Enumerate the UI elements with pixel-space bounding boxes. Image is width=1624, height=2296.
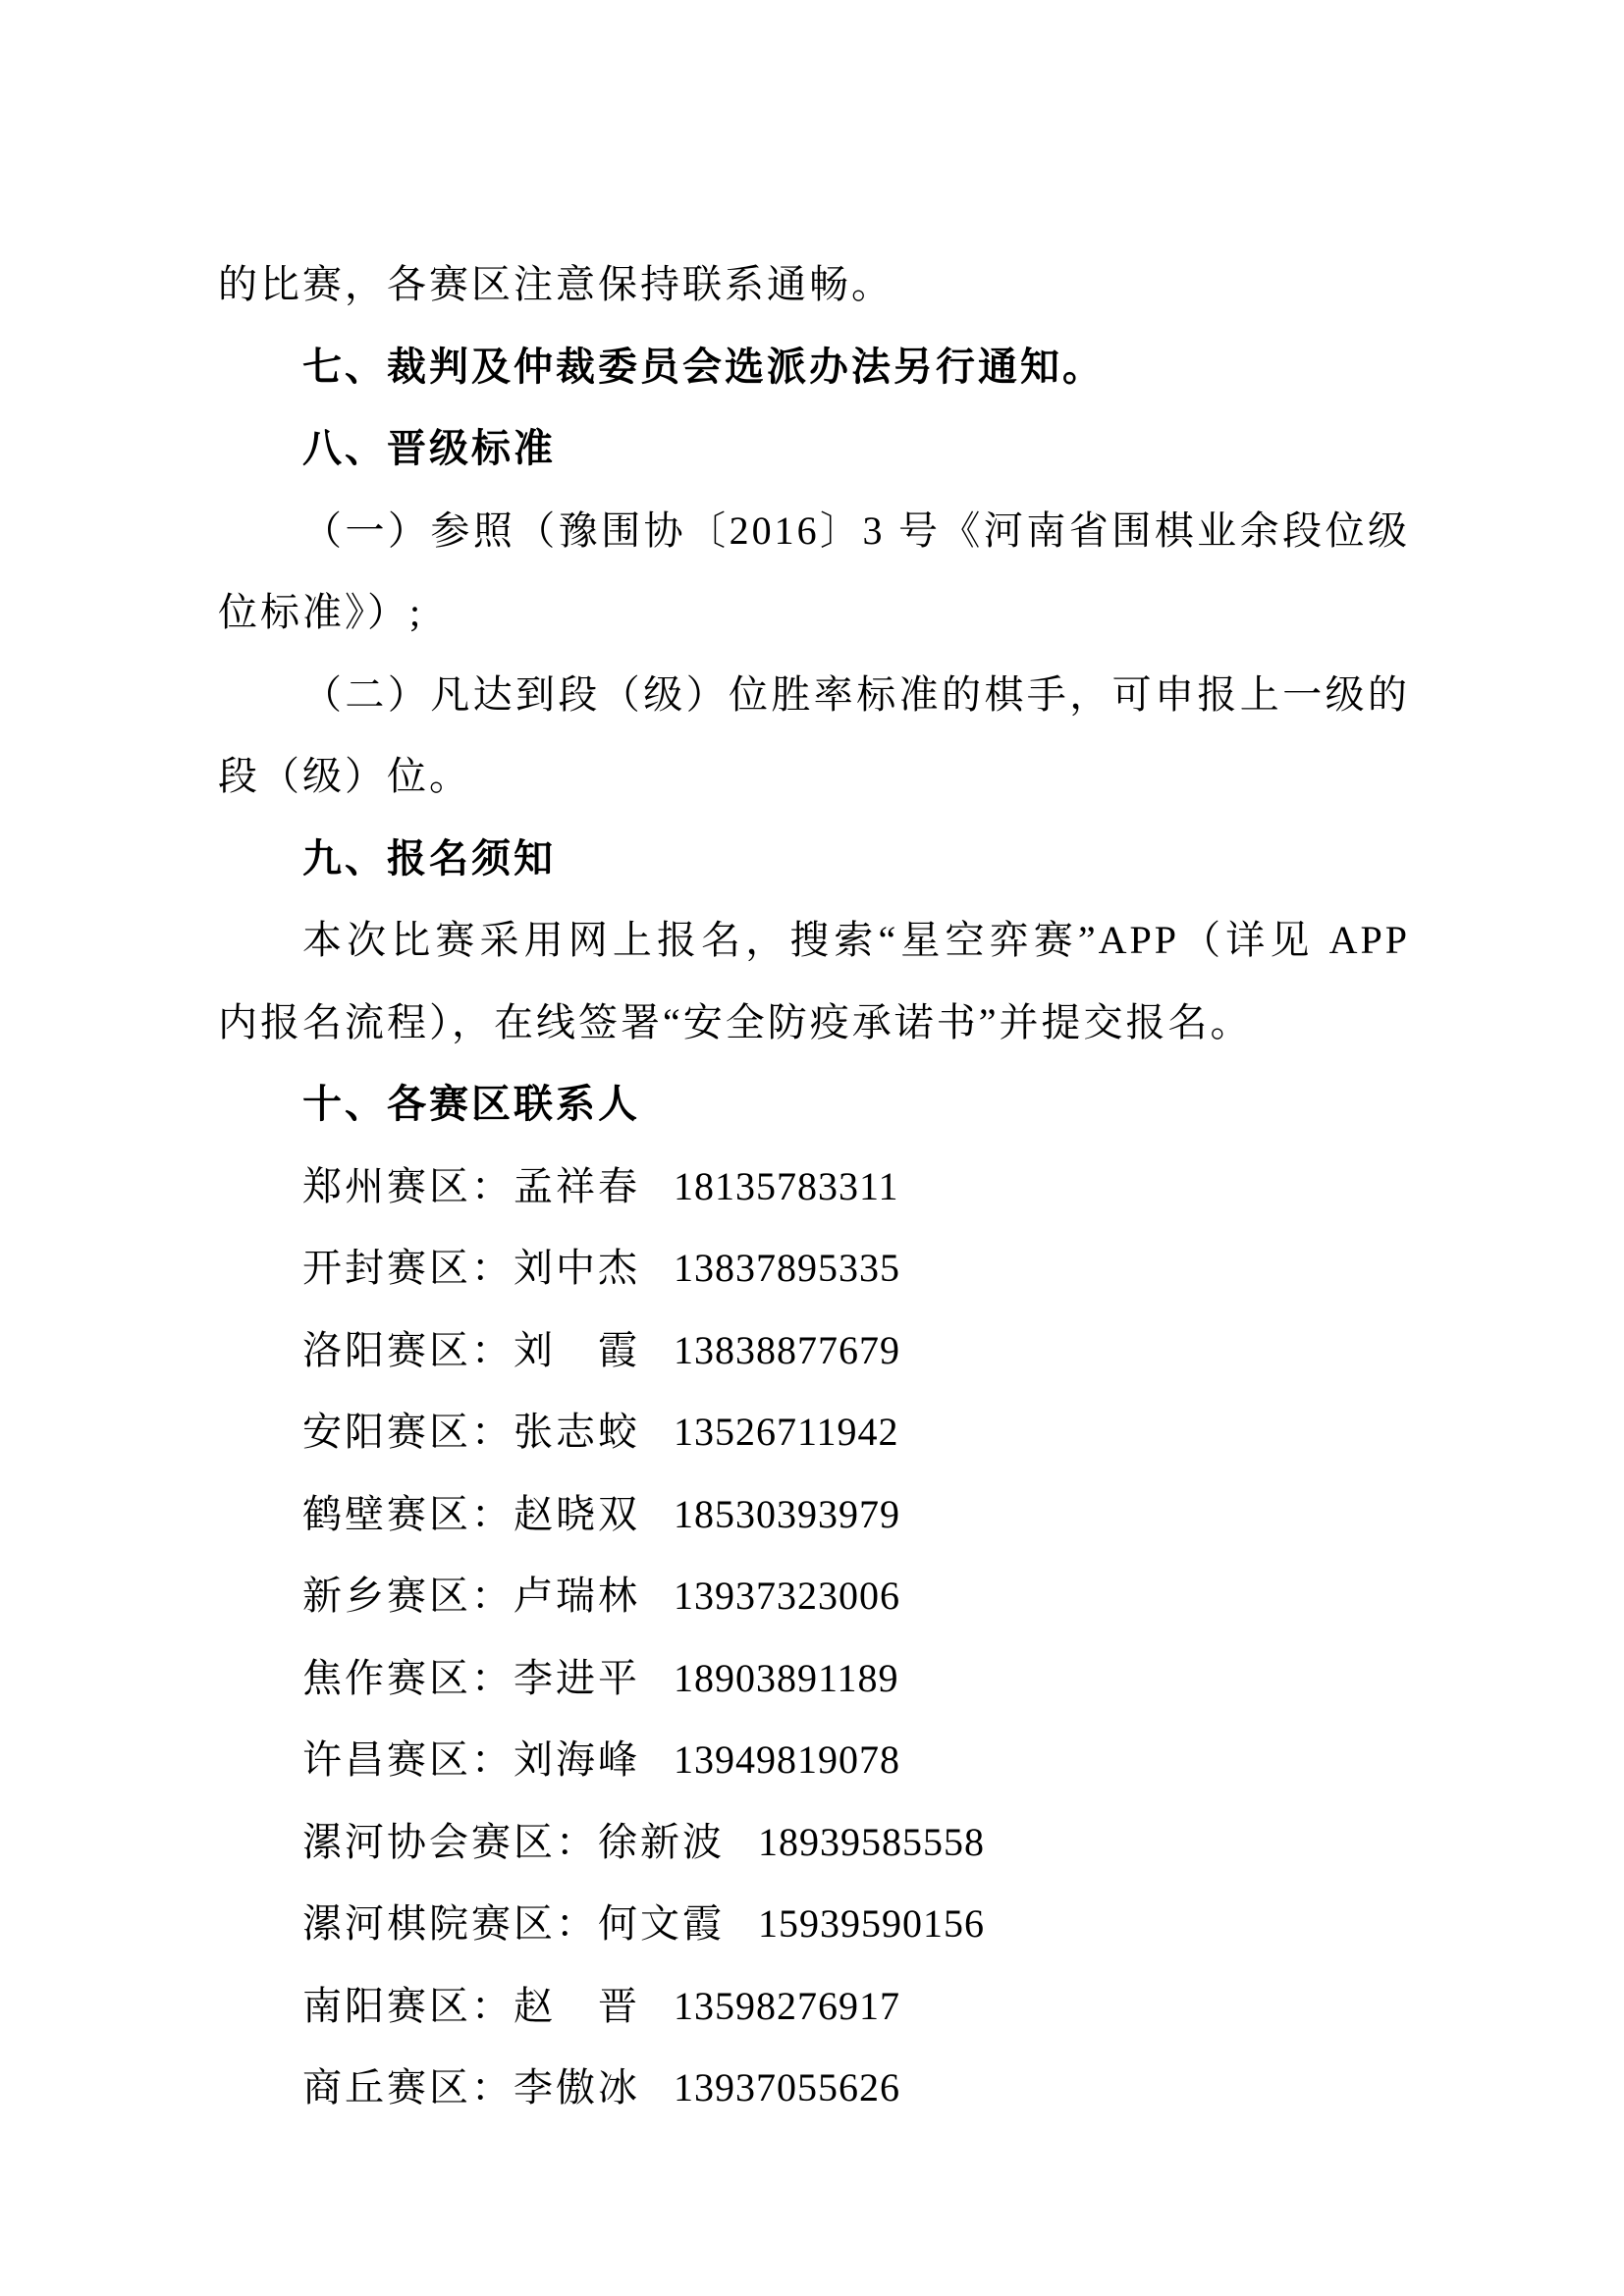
contact-label: 漯河协会赛区：徐新波: [302, 1820, 725, 1864]
contact-label: 新乡赛区：卢瑞林: [302, 1574, 640, 1618]
contact-label: 洛阳赛区：刘 霞: [302, 1328, 640, 1372]
contact-row-jiaozuo: 焦作赛区：李进平18903891189: [218, 1637, 1410, 1720]
contact-phone: 13937323006: [674, 1574, 900, 1618]
section-heading-8-promotion: 八、晋级标准: [218, 407, 1410, 490]
contact-phone: 18903891189: [674, 1656, 899, 1700]
paragraph-promotion-item-1: （一）参照（豫围协〔2016〕3 号《河南省围棋业余段位级位标准》）;: [218, 490, 1410, 654]
contact-phone: 13526711942: [674, 1410, 899, 1454]
document-page: 的比赛，各赛区注意保持联系通畅。 七、裁判及仲裁委员会选派办法另行通知。 八、晋…: [0, 0, 1624, 2296]
contact-phone: 18135783311: [674, 1164, 899, 1208]
contact-label: 鹤壁赛区：赵晓双: [302, 1492, 640, 1536]
contact-row-hebi: 鹤壁赛区：赵晓双18530393979: [218, 1473, 1410, 1556]
contact-row-kaifeng: 开封赛区：刘中杰13837895335: [218, 1227, 1410, 1309]
contact-phone: 15939590156: [758, 1901, 985, 1946]
contact-row-zhengzhou: 郑州赛区：孟祥春18135783311: [218, 1146, 1410, 1228]
contact-row-luoyang: 洛阳赛区：刘 霞13838877679: [218, 1309, 1410, 1392]
paragraph-promotion-item-2: （二）凡达到段（级）位胜率标准的棋手，可申报上一级的段（级）位。: [218, 654, 1410, 818]
contact-phone: 13838877679: [674, 1328, 900, 1372]
contact-label: 焦作赛区：李进平: [302, 1656, 640, 1700]
contact-row-anyang: 安阳赛区：张志蛟13526711942: [218, 1391, 1410, 1473]
section-heading-9-signup: 九、报名须知: [218, 818, 1410, 900]
contact-row-luohe-association: 漯河协会赛区：徐新波18939585558: [218, 1801, 1410, 1884]
contact-phone: 13937055626: [674, 2065, 900, 2109]
section-heading-10-contacts: 十、各赛区联系人: [218, 1063, 1410, 1146]
contact-label: 郑州赛区：孟祥春: [302, 1164, 640, 1208]
paragraph-signup-info: 本次比赛采用网上报名，搜索“星空弈赛”APP（详见 APP 内报名流程），在线签…: [218, 899, 1410, 1063]
contact-row-nanyang: 南阳赛区：赵 晋13598276917: [218, 1965, 1410, 2048]
contact-label: 商丘赛区：李傲冰: [302, 2065, 640, 2109]
contact-phone: 18530393979: [674, 1492, 900, 1536]
contact-label: 开封赛区：刘中杰: [302, 1246, 640, 1290]
contact-phone: 13598276917: [674, 1984, 900, 2028]
contact-label: 南阳赛区：赵 晋: [302, 1984, 640, 2028]
contact-label: 安阳赛区：张志蛟: [302, 1410, 640, 1454]
contact-label: 漯河棋院赛区：何文霞: [302, 1901, 725, 1946]
contact-phone: 13949819078: [674, 1737, 900, 1782]
contact-row-xinxiang: 新乡赛区：卢瑞林13937323006: [218, 1555, 1410, 1637]
contact-phone: 18939585558: [758, 1820, 985, 1864]
section-heading-7-referees: 七、裁判及仲裁委员会选派办法另行通知。: [218, 326, 1410, 408]
contact-row-shangqiu: 商丘赛区：李傲冰13937055626: [218, 2047, 1410, 2129]
contact-row-luohe-chess-academy: 漯河棋院赛区：何文霞15939590156: [218, 1883, 1410, 1965]
contact-label: 许昌赛区：刘海峰: [302, 1737, 640, 1782]
contact-row-xuchang: 许昌赛区：刘海峰13949819078: [218, 1719, 1410, 1801]
contact-phone: 13837895335: [674, 1246, 900, 1290]
paragraph-continuation: 的比赛，各赛区注意保持联系通畅。: [218, 243, 1410, 326]
